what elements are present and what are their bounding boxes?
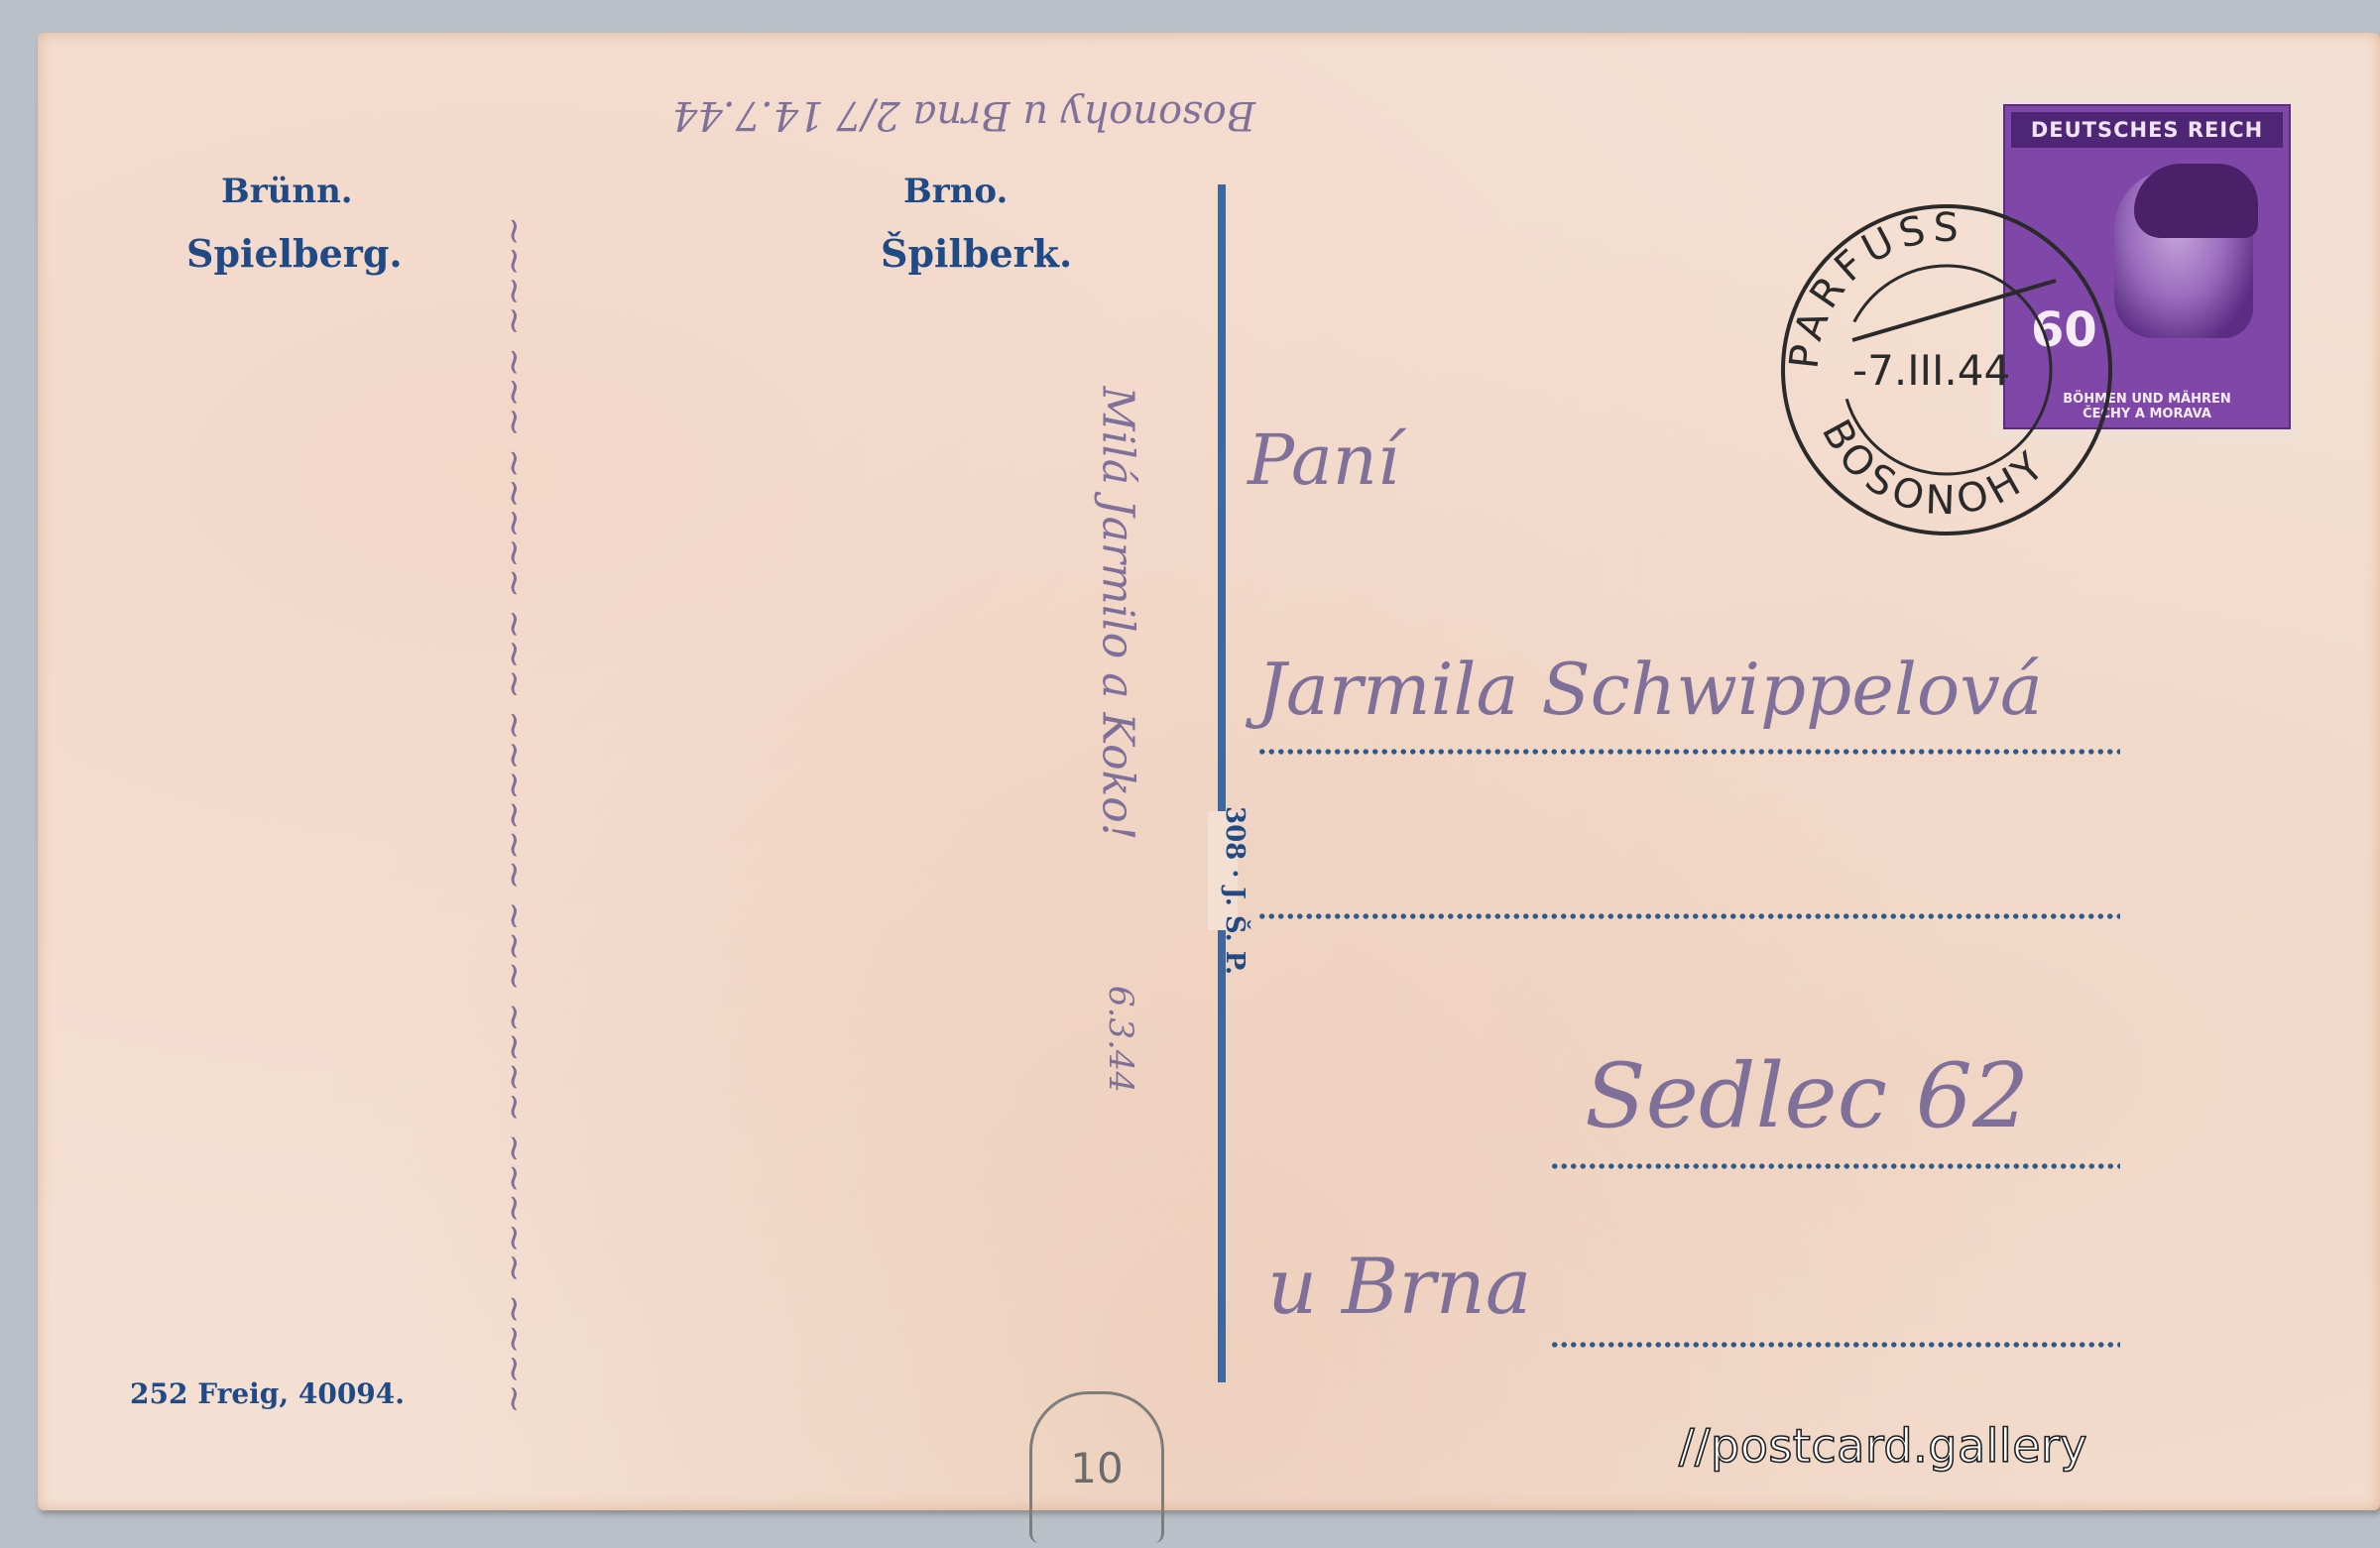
vertical-print-code: 308 · J. Š. P. <box>1220 806 1249 965</box>
postmark-date: -7.III.44 <box>1852 346 2010 395</box>
handwritten-salutation: Paní <box>1248 419 1399 501</box>
postmark-bottom-text: BOSONOHY <box>1813 413 2057 525</box>
handwritten-recipient-name: Jarmila Schwippelová <box>1257 648 2043 731</box>
handwritten-message-date: 6.3.44 <box>1101 986 1140 1093</box>
center-divider-line <box>1218 184 1226 1382</box>
caption-czech-landmark: Špilberk. <box>881 231 1072 276</box>
pencil-price-note: 10 <box>1029 1391 1164 1543</box>
handwritten-upside-down-note: Bosonohy u Brna 2/7 14.7.44 <box>672 92 1255 138</box>
caption-german-landmark: Spielberg. <box>186 231 403 276</box>
address-line-3 <box>1550 1163 2120 1169</box>
postcard-back: Brünn. Spielberg. Brno. Špilberk. 252 Fr… <box>38 33 2380 1510</box>
address-line-4 <box>1550 1342 2120 1348</box>
stamp-country-label: DEUTSCHES REICH <box>2011 112 2283 148</box>
handwritten-street: Sedlec 62 <box>1585 1044 2029 1148</box>
publisher-code: 252 Freig, 40094. <box>130 1377 405 1410</box>
postmark-cancellation: PARFUSS BOSONOHY -7.III.44 <box>1758 181 2135 558</box>
caption-czech-city: Brno. <box>903 172 1008 211</box>
handwritten-greeting: Milá Jarmilo a Koko! <box>1092 387 1142 841</box>
svg-text:BOSONOHY: BOSONOHY <box>1813 413 2057 525</box>
caption-german-city: Brünn. <box>221 172 353 211</box>
watermark: //postcard.gallery <box>1679 1419 2087 1473</box>
address-line-1 <box>1257 749 2120 755</box>
stamp-portrait-hair <box>2134 164 2258 238</box>
handwritten-city: u Brna <box>1267 1243 1531 1332</box>
handwritten-message-body: ~~~~ ~~~ ~~~~~ ~~~ ~~~~~~ ~~~ ~~~~ ~~~~~… <box>489 216 538 1406</box>
address-line-2 <box>1257 913 2120 919</box>
